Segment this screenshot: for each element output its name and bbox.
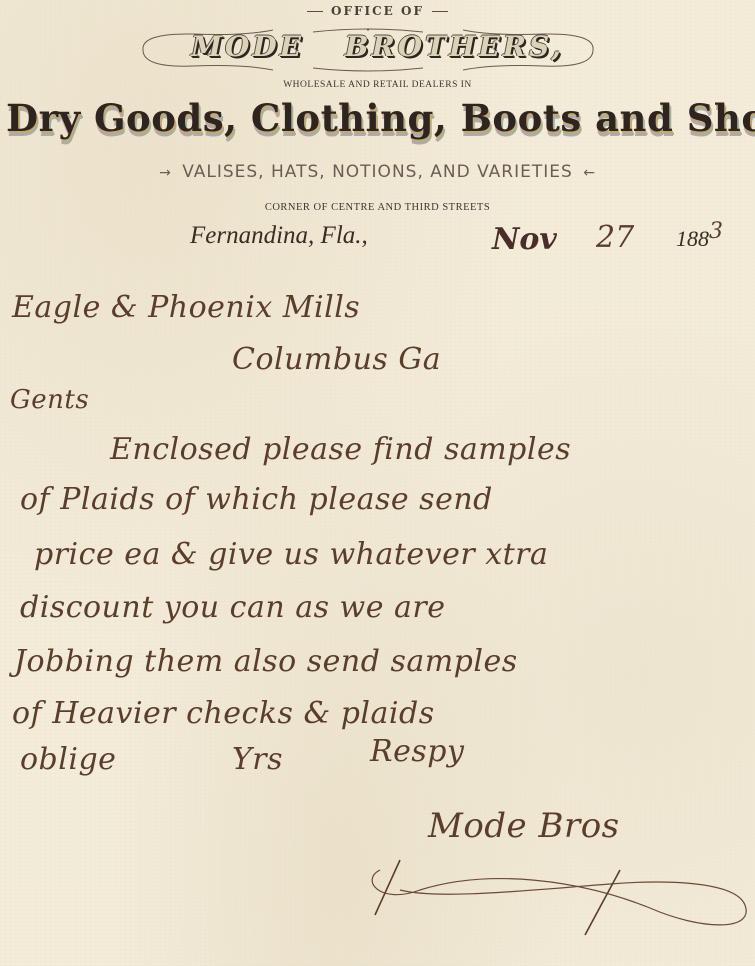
- date-year-printed: 188: [676, 226, 709, 251]
- addressee-line-2: Columbus Ga: [232, 342, 441, 377]
- closing-respectfully: Respy: [370, 734, 464, 769]
- address-line: CORNER OF CENTRE AND THIRD STREETS: [0, 202, 755, 213]
- date-year: 1883: [676, 226, 723, 252]
- arrow-right-ornament-icon: →: [159, 165, 172, 181]
- body-line: of Heavier checks & plaids: [12, 696, 435, 731]
- body-line: Jobbing them also send samples: [14, 644, 518, 679]
- arrow-left-ornament-icon: ←: [583, 165, 596, 181]
- body-line: price ea & give us whatever xtra: [34, 537, 548, 572]
- decorative-rule-right: [432, 11, 448, 12]
- body-line: of Plaids of which please send: [20, 482, 493, 517]
- office-of-text: OFFICE OF: [331, 4, 424, 18]
- body-line: discount you can as we are: [20, 590, 445, 625]
- signature: Mode Bros: [428, 806, 620, 846]
- place-of-writing: Fernandina, Fla.,: [190, 222, 368, 250]
- firm-name-brothers: BROTHERS,: [345, 30, 564, 63]
- valises-line: → VALISES, HATS, NOTIONS, AND VARIETIES …: [0, 162, 755, 182]
- goods-line: Dry Goods, Clothing, Boots and Shoes,: [6, 96, 751, 140]
- decorative-rule-left: [307, 11, 323, 12]
- date-day: 27: [596, 220, 634, 255]
- body-line: Enclosed please find samples: [110, 432, 571, 467]
- firm-name-mode: MODE: [191, 30, 304, 63]
- salutation: Gents: [10, 385, 89, 415]
- date-month: Nov: [492, 222, 557, 257]
- valises-text: VALISES, HATS, NOTIONS, AND VARIETIES: [182, 162, 573, 182]
- addressee-line-1: Eagle & Phoenix Mills: [12, 290, 360, 325]
- date-year-handwritten-digit: 3: [709, 219, 723, 244]
- dealers-line: WHOLESALE AND RETAIL DEALERS IN: [0, 80, 755, 90]
- closing-yours: Yrs: [232, 742, 283, 777]
- firm-name: MODE BROTHERS,: [0, 30, 755, 63]
- body-line: oblige: [20, 742, 116, 777]
- letterhead-office-of: OFFICE OF: [0, 4, 755, 18]
- signature-flourish: [360, 850, 755, 940]
